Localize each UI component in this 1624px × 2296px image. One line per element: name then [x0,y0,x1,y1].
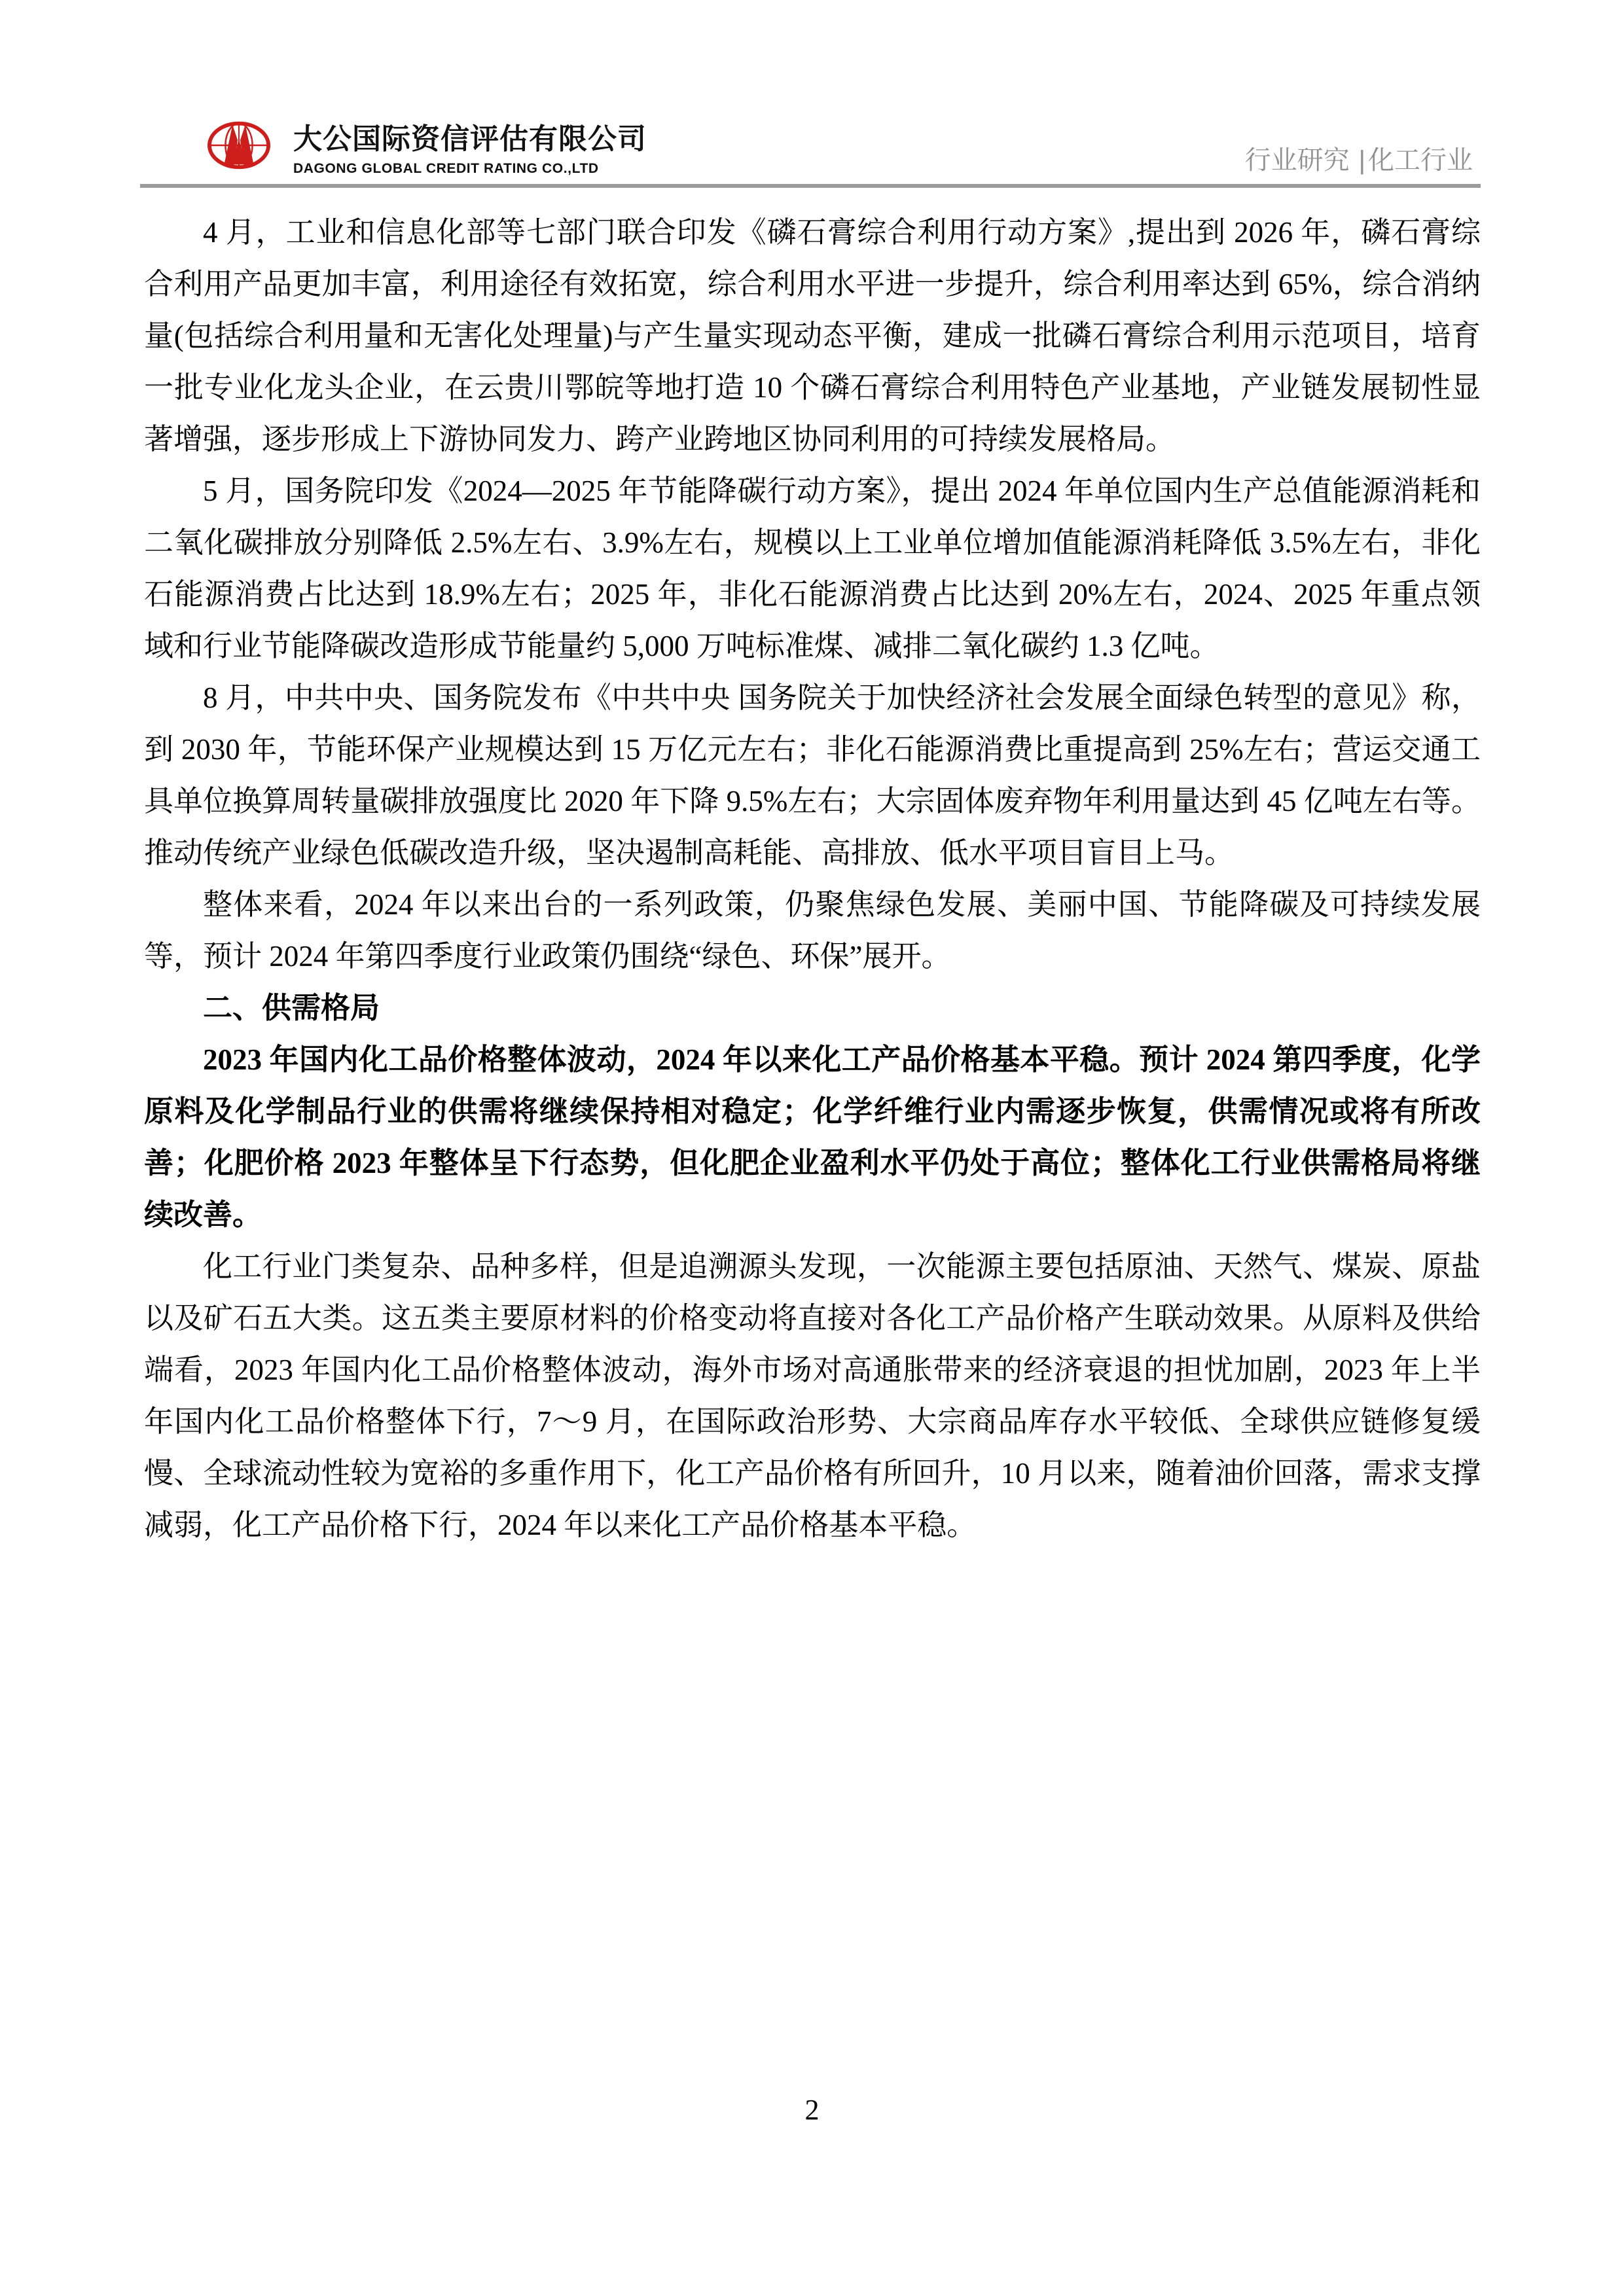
doc-type-label: 行业研究 [1245,146,1350,175]
section-heading-supply-demand: 二、供需格局 [144,982,1481,1034]
paragraph-april-policy: 4 月，工业和信息化部等七部门联合印发《磷石膏综合利用行动方案》,提出到 202… [144,207,1481,465]
category-separator: | [1359,146,1365,175]
paragraph-raw-materials: 化工行业门类复杂、品种多样，但是追溯源头发现，一次能源主要包括原油、天然气、煤炭… [144,1241,1481,1551]
paragraph-may-policy: 5 月，国务院印发《2024—2025 年节能降碳行动方案》，提出 2024 年… [144,465,1481,672]
document-body: 4 月，工业和信息化部等七部门联合印发《磷石膏综合利用行动方案》,提出到 202… [144,207,1481,1551]
header-divider [140,184,1481,188]
document-page: 大公国际资信评估有限公司 DAGONG GLOBAL CREDIT RATING… [0,0,1624,2296]
company-name-cn: 大公国际资信评估有限公司 [293,123,647,156]
paragraph-policy-summary: 整体来看，2024 年以来出台的一系列政策，仍聚焦绿色发展、美丽中国、节能降碳及… [144,879,1481,982]
page-number: 2 [0,2093,1624,2126]
dagong-logo-icon [207,120,271,170]
report-category: 行业研究|化工行业 [1245,139,1473,177]
industry-label: 化工行业 [1368,146,1473,175]
paragraph-supply-demand-summary: 2023 年国内化工品价格整体波动，2024 年以来化工产品价格基本平稳。预计 … [144,1034,1481,1241]
company-logotype: 大公国际资信评估有限公司 DAGONG GLOBAL CREDIT RATING… [293,123,647,177]
paragraph-august-policy: 8 月，中共中央、国务院发布《中共中央 国务院关于加快经济社会发展全面绿色转型的… [144,672,1481,879]
company-name-en: DAGONG GLOBAL CREDIT RATING CO.,LTD [293,161,647,177]
